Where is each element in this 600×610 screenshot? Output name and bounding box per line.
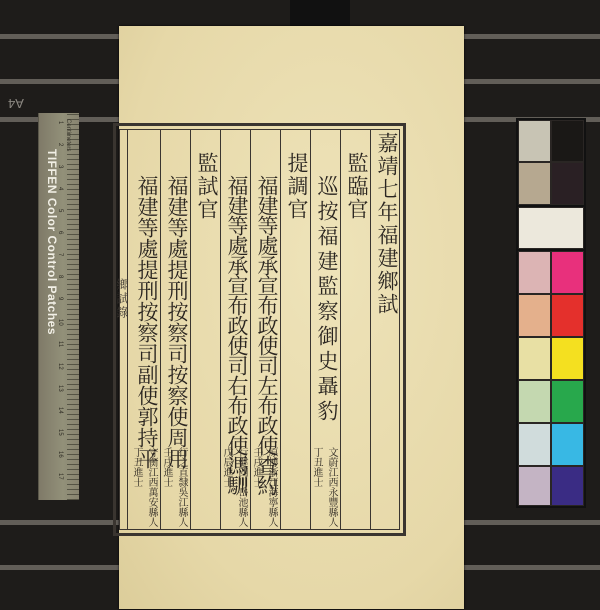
color-patch	[518, 337, 551, 380]
color-patch	[518, 251, 551, 294]
color-patch	[518, 120, 551, 162]
color-patch	[551, 294, 584, 337]
color-patch	[551, 337, 584, 380]
official-note: 守衡江西萬安縣人	[146, 447, 157, 527]
official-note: 壬戌進士	[161, 447, 172, 487]
ruler-number: 11	[57, 341, 63, 347]
color-patch	[551, 162, 584, 205]
color-patch	[551, 466, 584, 506]
official-note: 行之直隸吳江縣人	[176, 447, 187, 527]
heading-supervising-official: 監臨官	[342, 152, 372, 221]
ruler-number: 2	[57, 143, 63, 146]
heading-administrative-official: 提調官	[282, 152, 312, 221]
column-divider	[127, 130, 128, 529]
ruler-number: 17	[57, 473, 63, 480]
ruler-number: 4	[57, 187, 63, 190]
official-note: 文蔚江西永豐縣人	[326, 447, 337, 527]
color-patch	[551, 120, 584, 162]
page-tab-top	[290, 0, 350, 26]
official-name: 福建等處提刑按察司按察使周用	[162, 175, 192, 469]
ruler-number: 9	[57, 297, 63, 300]
ruler-number: 3	[57, 165, 63, 168]
ruler-number: 12	[57, 363, 63, 370]
ruler-numbers: 1 2 3 4 5 6 7 8 9 10 11 12 13 14 15 16 1…	[57, 113, 67, 500]
official-note: 行健四川岳池縣人	[236, 447, 247, 527]
official-note: 丁丑進士	[311, 447, 322, 487]
official-note: 壬戌進士	[251, 447, 262, 487]
color-chart	[516, 118, 586, 508]
color-patch	[518, 423, 551, 466]
ruler-number: 8	[57, 275, 63, 278]
color-control-ruler: Centimeters TIFFEN Color Control Patches…	[38, 113, 79, 500]
official-note: 戊辰進士	[221, 447, 232, 487]
ruler-number: 15	[57, 429, 63, 436]
document-title: 嘉靖七年福建鄉試	[372, 132, 402, 316]
color-patch	[518, 207, 584, 249]
color-patch	[518, 294, 551, 337]
color-patch	[518, 380, 551, 423]
ruler-number: 7	[57, 253, 63, 256]
official-name: 福建等處提刑按察司副使郭持平	[132, 175, 162, 469]
ruler-ticks	[67, 113, 79, 500]
ruler-number: 13	[57, 385, 63, 392]
ruler-number: 6	[57, 231, 63, 234]
heading-examination-supervisor: 監試官	[192, 152, 222, 221]
edge-label: 鄉試錄	[114, 278, 131, 320]
ruler-number: 14	[57, 407, 63, 414]
color-patch	[551, 423, 584, 466]
color-patch	[551, 251, 584, 294]
official-note: 原博浙江海寧縣人	[266, 447, 277, 527]
color-patch	[518, 466, 551, 506]
ruler-number: 5	[57, 209, 63, 212]
official-name: 巡按福建監察御史聶豹	[312, 175, 342, 425]
corner-label: A4	[8, 96, 24, 111]
color-patch	[551, 380, 584, 423]
official-note: 丁丑進士	[131, 447, 142, 487]
ruler-number: 16	[57, 451, 63, 458]
ruler-number: 1	[57, 121, 63, 124]
ruler-number: 10	[57, 319, 63, 326]
color-patch	[518, 162, 551, 205]
